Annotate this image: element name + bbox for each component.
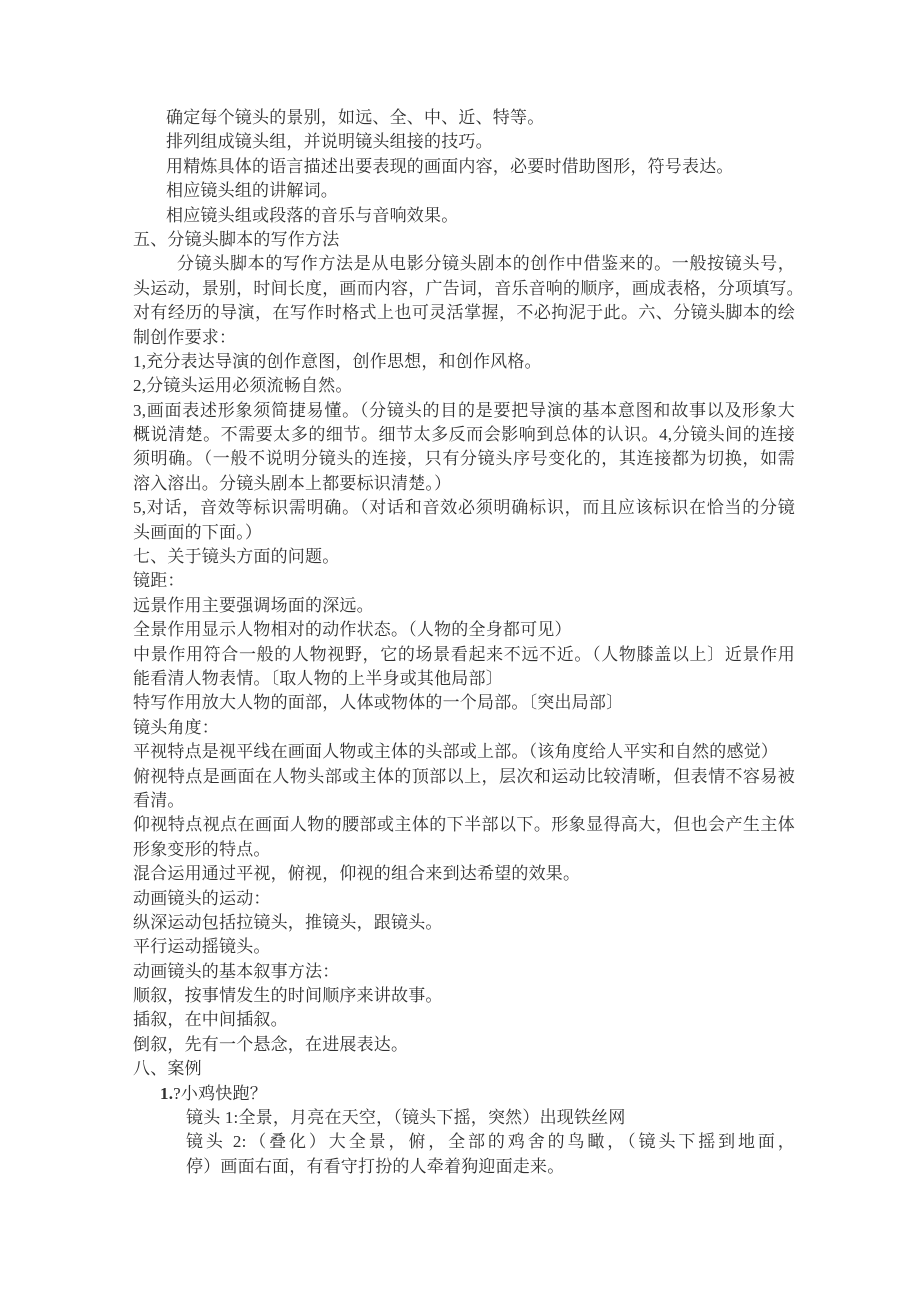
doc-line: 制创作要求： [133, 326, 795, 350]
doc-line: 概说清楚。不需要太多的细节。细节太多反而会影响到总体的认识。4,分镜头间的连接 [133, 423, 795, 447]
section-heading-5: 五、分镜头脚本的写作方法 [133, 228, 795, 252]
doc-line: 头运动，景别，时间长度，画而内容，广告词，音乐音响的顺序，画成表格，分项填写。 [133, 277, 795, 301]
doc-line: 相应镜头组的讲解词。 [133, 179, 795, 203]
doc-line: 3,画面表述形象须简捷易懂。（分镜头的目的是要把导演的基本意图和故事以及形象大 [133, 399, 795, 423]
doc-line: 看清。 [133, 789, 795, 813]
doc-line: 形象变形的特点。 [133, 838, 795, 862]
doc-line: 分镜头脚本的写作方法是从电影分镜头剧本的创作中借鉴来的。一般按镜头号，镜 [133, 252, 795, 276]
doc-line: 用精炼具体的语言描述出要表现的画面内容，必要时借助图形，符号表达。 [133, 155, 795, 179]
doc-line: 倒叙，先有一个悬念，在进展表达。 [133, 1033, 795, 1057]
doc-line: 相应镜头组或段落的音乐与音响效果。 [133, 204, 795, 228]
doc-line: 能看清人物表情。〔取人物的上半身或其他局部〕 [133, 667, 795, 691]
doc-line: 平行运动摇镜头。 [133, 935, 795, 959]
shot-line: 镜头 2:（叠化）大全景，俯，全部的鸡舍的鸟瞰，（镜头下摇到地面， [133, 1130, 795, 1154]
section-heading-8: 八、案例 [133, 1057, 795, 1081]
case-title: ?小鸡快跑？ [173, 1084, 267, 1103]
doc-line: 镜头角度： [133, 716, 795, 740]
doc-line: 镜距： [133, 569, 795, 593]
doc-line: 纵深运动包括拉镜头，推镜头，跟镜头。 [133, 911, 795, 935]
document-page: { "colors": { "page_bg": "#ffffff", "tex… [0, 0, 920, 1301]
doc-line: 远景作用主要强调场面的深远。 [133, 594, 795, 618]
shot-line: 镜头 1:全景，月亮在天空，（镜头下摇，突然）出现铁丝网 [133, 1106, 795, 1130]
doc-line: 头画面的下面。） [133, 521, 795, 545]
doc-line: 1,充分表达导演的创作意图，创作思想，和创作风格。 [133, 350, 795, 374]
doc-line: 确定每个镜头的景别，如远、全、中、近、特等。 [133, 106, 795, 130]
document-body-text: 确定每个镜头的景别，如远、全、中、近、特等。 排列组成镜头组，并说明镜头组接的技… [133, 106, 795, 1179]
doc-line: 2,分镜头运用必须流畅自然。 [133, 374, 795, 398]
doc-line: 仰视特点视点在画面人物的腰部或主体的下半部以下。形象显得高大，但也会产生主体 [133, 813, 795, 837]
doc-line: 平视特点是视平线在画面人物或主体的头部或上部。（该角度给人平实和自然的感觉） [133, 740, 795, 764]
doc-line: 溶入溶出。分镜头剧本上都要标识清楚。） [133, 472, 795, 496]
case-title-line: 1.?小鸡快跑？ [133, 1082, 795, 1106]
doc-line: 排列组成镜头组，并说明镜头组接的技巧。 [133, 130, 795, 154]
doc-line: 中景作用符合一般的人物视野，它的场景看起来不远不近。（人物膝盖以上〕近景作用 [133, 643, 795, 667]
doc-line: 对有经历的导演，在写作时格式上也可灵活掌握，不必拘泥于此。六、分镜头脚本的绘 [133, 301, 795, 325]
document-page-surface: 确定每个镜头的景别，如远、全、中、近、特等。 排列组成镜头组，并说明镜头组接的技… [0, 0, 920, 1301]
doc-line: 顺叙，按事情发生的时间顺序来讲故事。 [133, 984, 795, 1008]
shot-line: 停）画面右面，有看守打扮的人牵着狗迎面走来。 [133, 1155, 795, 1179]
doc-line: 俯视特点是画面在人物头部或主体的顶部以上，层次和运动比较清晰，但表情不容易被 [133, 765, 795, 789]
doc-line: 插叙，在中间插叙。 [133, 1008, 795, 1032]
section-heading-7: 七、关于镜头方面的问题。 [133, 545, 795, 569]
doc-line: 动画镜头的基本叙事方法： [133, 960, 795, 984]
doc-line: 须明确。（一般不说明分镜头的连接，只有分镜头序号变化的，其连接都为切换，如需 [133, 447, 795, 471]
doc-line: 5,对话，音效等标识需明确。（对话和音效必须明确标识，而且应该标识在恰当的分镜 [133, 496, 795, 520]
doc-line: 特写作用放大人物的面部，人体或物体的一个局部。〔突出局部〕 [133, 691, 795, 715]
doc-line: 混合运用通过平视，俯视，仰视的组合来到达希望的效果。 [133, 862, 795, 886]
case-number: 1. [160, 1084, 173, 1103]
doc-line: 全景作用显示人物相对的动作状态。（人物的全身都可见） [133, 618, 795, 642]
doc-line: 动画镜头的运动： [133, 887, 795, 911]
